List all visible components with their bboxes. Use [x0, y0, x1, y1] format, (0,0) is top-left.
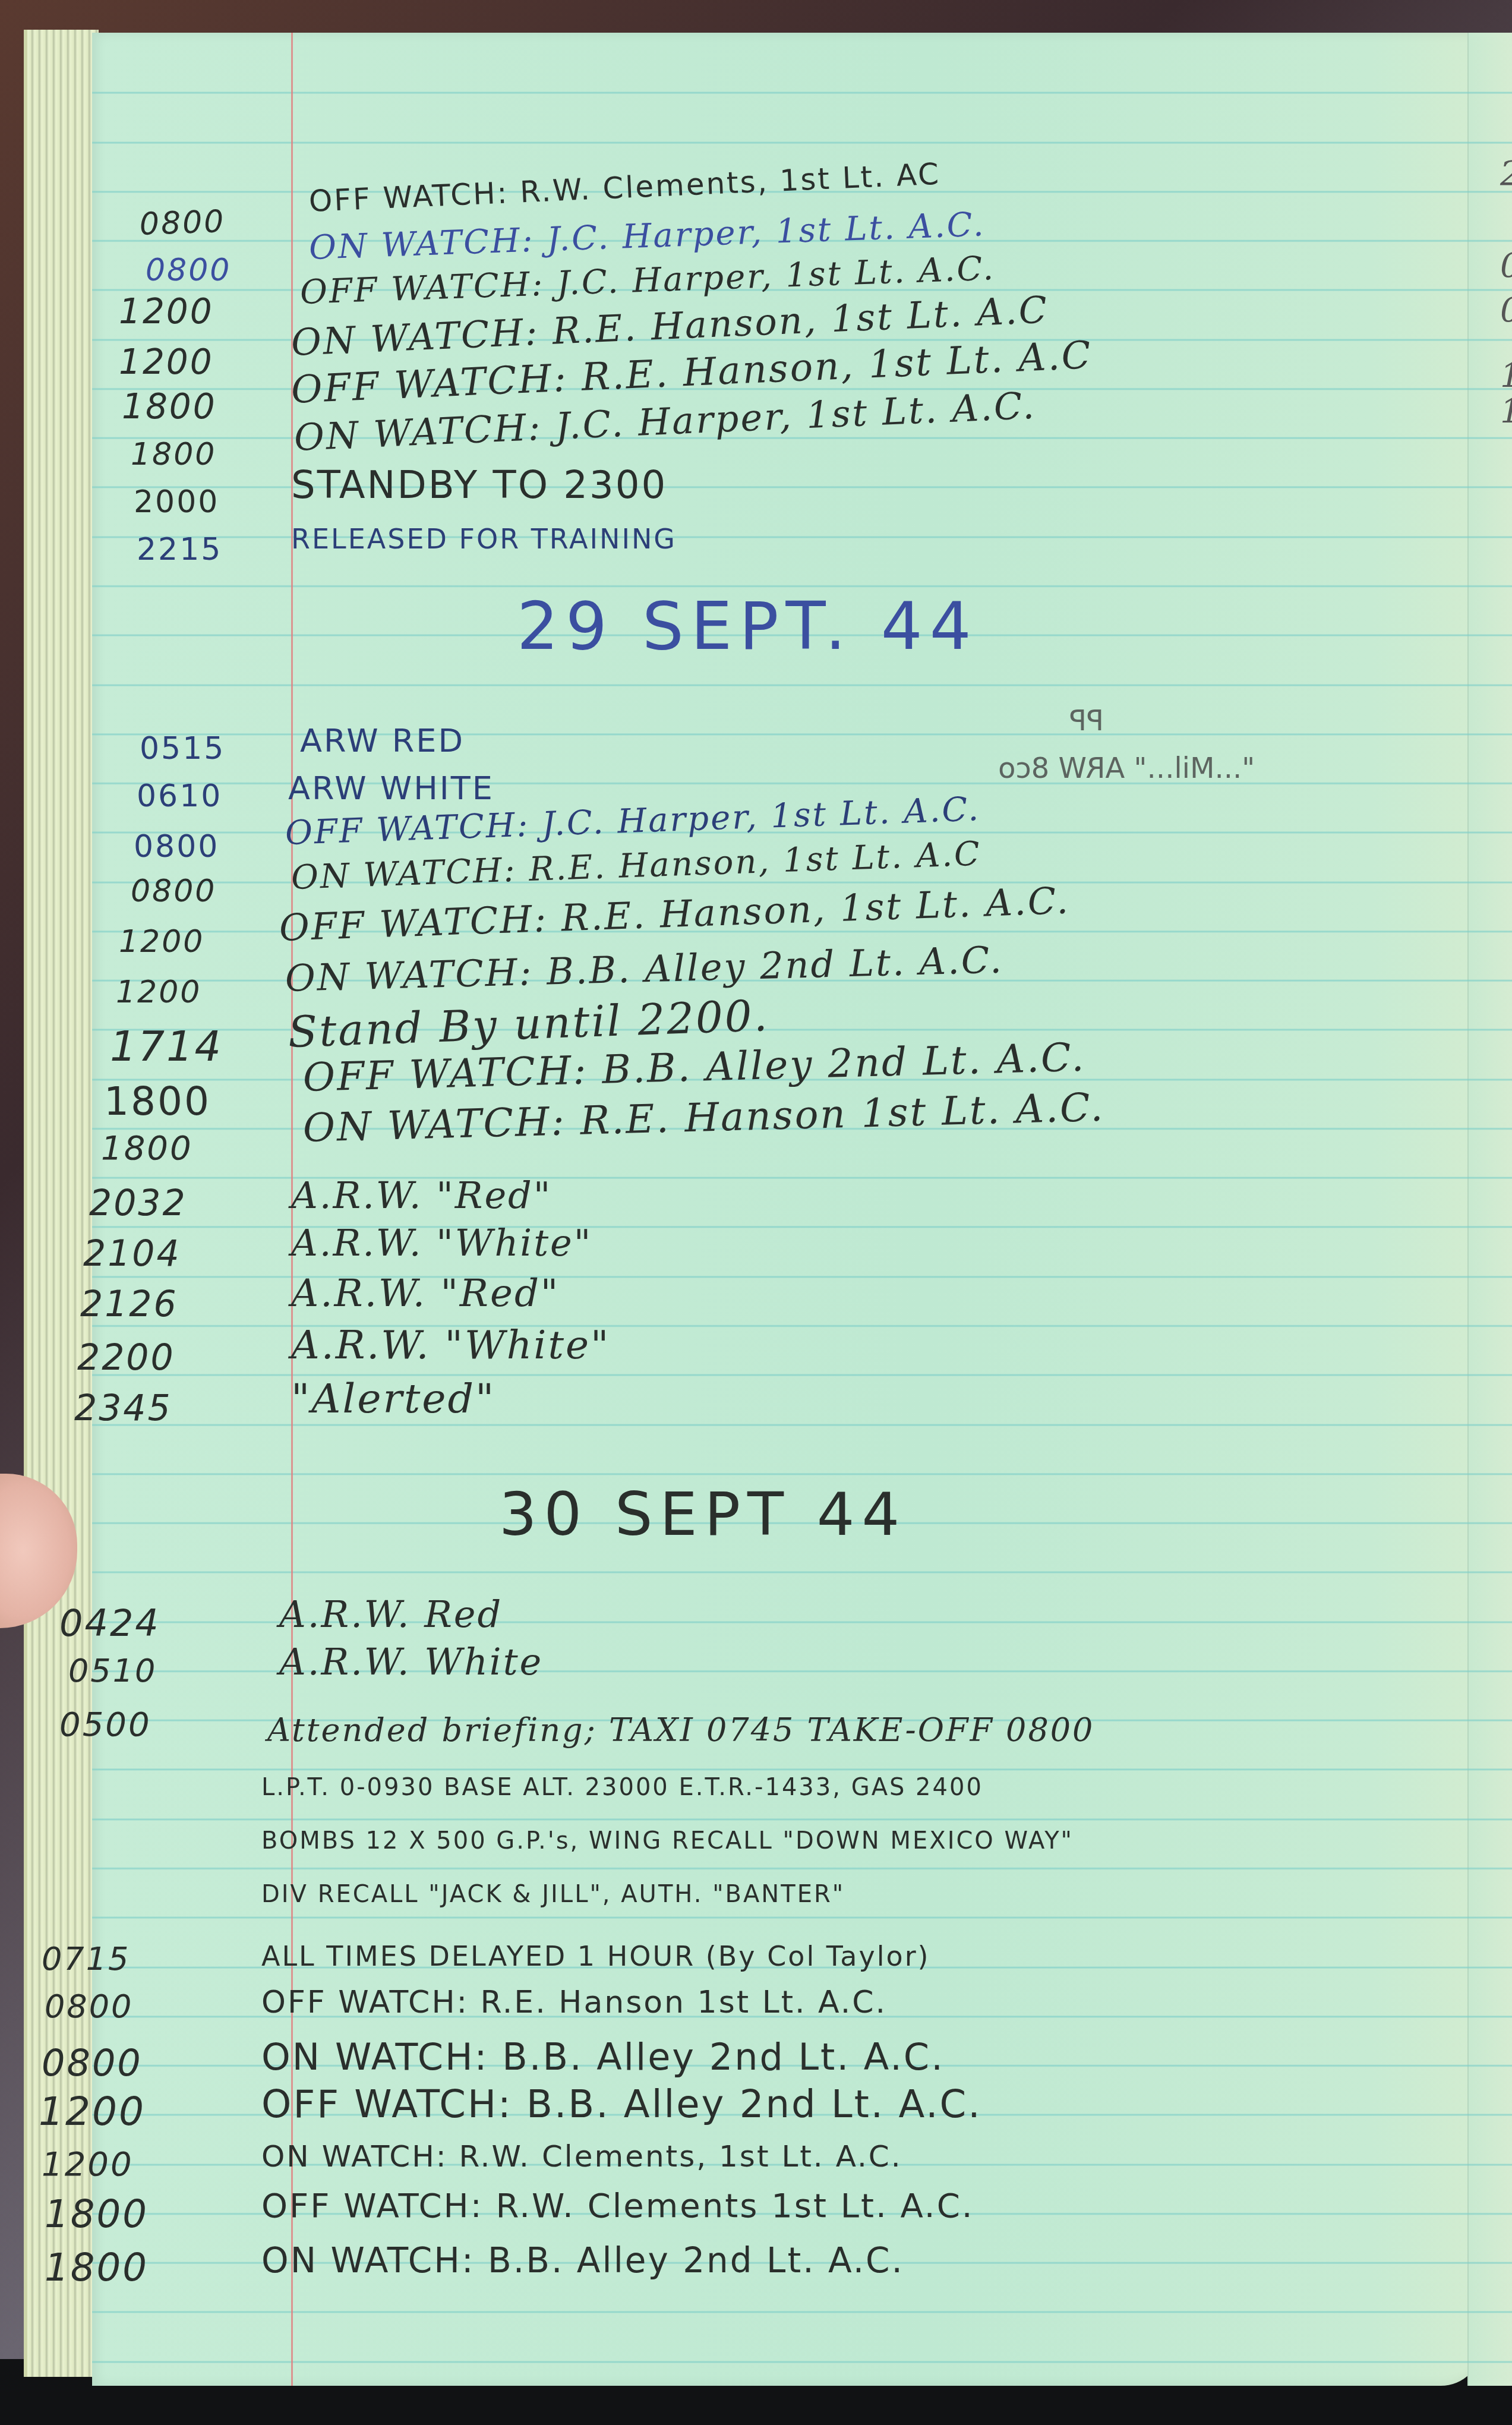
- log-time: 1800: [122, 386, 217, 427]
- log-entry: RELEASED FOR TRAINING: [291, 523, 677, 555]
- date-heading-30-sept: 30 SEPT 44: [499, 1480, 907, 1549]
- log-time: 0424: [59, 1601, 160, 1645]
- log-entry: ON WATCH: B.B. Alley 2nd Lt. A.C.: [261, 2035, 945, 2079]
- log-entry: A.R.W. Red: [279, 1593, 503, 1636]
- next-page-fragment: 1: [1500, 392, 1512, 431]
- log-time: 1800: [131, 437, 216, 472]
- log-entry: ARW RED: [300, 722, 465, 759]
- log-time: 1800: [104, 1079, 211, 1124]
- next-page-fragment: 0: [1500, 247, 1512, 285]
- log-entry: A.R.W. "White": [291, 1322, 610, 1368]
- log-entry: OFF WATCH: R.W. Clements 1st Lt. A.C.: [261, 2187, 974, 2225]
- log-time: 0800: [139, 204, 226, 242]
- log-time: 2000: [134, 484, 219, 520]
- log-time: 2215: [137, 532, 222, 567]
- log-entry: ARW WHITE: [288, 770, 494, 807]
- next-page-fragment: 0: [1500, 291, 1512, 330]
- next-page-fragment: 1: [1500, 357, 1512, 395]
- log-time: 2032: [89, 1182, 187, 1224]
- log-time: 2104: [83, 1233, 181, 1275]
- next-page-fragment: 2: [1500, 154, 1512, 193]
- log-entry-continued: DIV RECALL "JACK & JILL", AUTH. "BANTER": [261, 1881, 845, 1908]
- date-heading-29-sept: 29 SEPT. 44: [517, 588, 978, 664]
- log-entry-continued: BOMBS 12 X 500 G.P.'s, WING RECALL "DOWN…: [261, 1827, 1074, 1855]
- log-time: 1800: [45, 2246, 149, 2290]
- log-entry: STANDBY TO 2300: [291, 463, 667, 507]
- log-time: 2126: [80, 1284, 178, 1325]
- log-entry: Attended briefing; TAXI 0745 TAKE-OFF 08…: [267, 1711, 1094, 1749]
- log-time: 1200: [119, 924, 204, 960]
- log-entry: "Alerted": [291, 1376, 495, 1423]
- log-time: 0715: [42, 1940, 130, 1978]
- log-time: 1200: [42, 2145, 134, 2184]
- log-time: 0800: [131, 873, 216, 909]
- log-entry: A.R.W. "Red": [291, 1174, 552, 1217]
- log-time: 0510: [68, 1652, 157, 1689]
- log-time: 1714: [110, 1022, 223, 1071]
- ink-offset-transfer: PP: [1069, 704, 1104, 737]
- log-time: 1200: [39, 2089, 146, 2134]
- log-time: 1200: [119, 342, 214, 382]
- log-time: 2345: [74, 1387, 172, 1429]
- log-time: 1200: [119, 291, 214, 332]
- log-time: 0800: [45, 1988, 133, 2025]
- log-time: 0500: [59, 1705, 151, 1744]
- log-entry: OFF WATCH: R.E. Hanson 1st Lt. A.C.: [261, 1985, 887, 2020]
- log-entry: ON WATCH: B.B. Alley 2nd Lt. A.C.: [261, 2240, 904, 2281]
- log-time: 0515: [140, 731, 225, 767]
- log-entry: ON WATCH: R.W. Clements, 1st Lt. A.C.: [261, 2139, 902, 2174]
- log-entry-continued: L.P.T. 0-0930 BASE ALT. 23000 E.T.R.-143…: [261, 1774, 983, 1801]
- ink-offset-transfer: "...Mil..." ARW 8co: [998, 752, 1255, 785]
- log-entry: OFF WATCH: B.B. Alley 2nd Lt. A.C.: [261, 2083, 982, 2127]
- log-time: 0800: [42, 2041, 143, 2085]
- log-time: 1800: [101, 1129, 193, 1168]
- log-entry: A.R.W. White: [279, 1640, 543, 1683]
- log-time: 1800: [45, 2193, 149, 2237]
- log-entry: A.R.W. "White": [291, 1221, 592, 1264]
- log-time: 2200: [77, 1337, 175, 1379]
- log-time: 1200: [116, 975, 201, 1010]
- log-time: 0800: [146, 253, 231, 288]
- log-time: 0610: [137, 778, 222, 814]
- log-time: 0800: [134, 829, 219, 865]
- log-entry: A.R.W. "Red": [291, 1272, 560, 1316]
- log-entry: ALL TIMES DELAYED 1 HOUR (By Col Taylor): [261, 1940, 930, 1972]
